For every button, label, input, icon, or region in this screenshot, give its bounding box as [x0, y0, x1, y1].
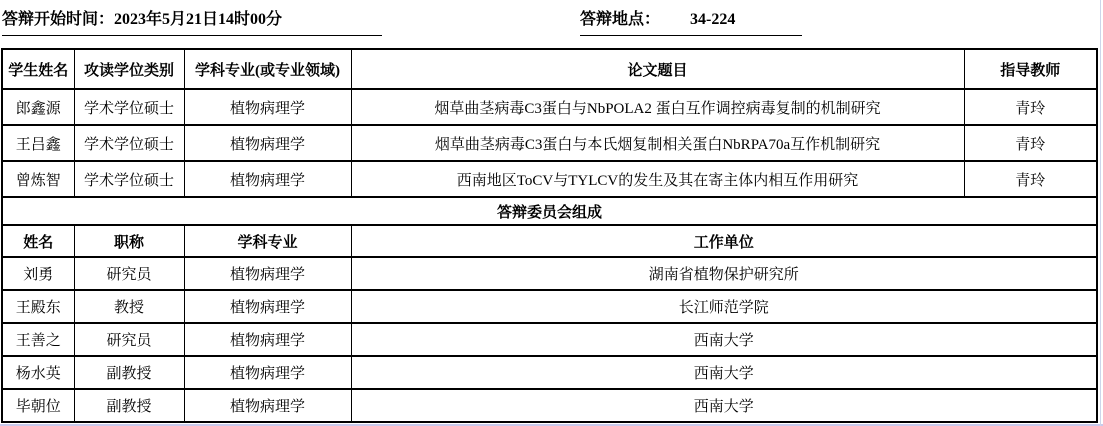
committee-section-title: 答辩委员会组成: [2, 197, 1097, 225]
advisor-name: 青玲: [964, 125, 1097, 161]
col-header-major: 学科专业(或专业领域): [184, 49, 351, 89]
member-name: 王善之: [2, 323, 74, 356]
student-name: 王吕鑫: [2, 125, 74, 161]
document-page: 答辩开始时间：2023年5月21日14时00分 答辩地点：34-224 学生姓名…: [0, 0, 1103, 426]
member-major: 植物病理学: [184, 389, 351, 422]
table-row: 杨水英 副教授 植物病理学 西南大学: [2, 356, 1097, 389]
col-header-member-name: 姓名: [2, 225, 74, 257]
student-major: 植物病理学: [184, 89, 351, 125]
table-row: 刘勇 研究员 植物病理学 湖南省植物保护研究所: [2, 257, 1097, 290]
member-title: 教授: [74, 290, 184, 323]
table-row: 郎鑫源 学术学位硕士 植物病理学 烟草曲茎病毒C3蛋白与NbPOLA2 蛋白互作…: [2, 89, 1097, 125]
member-name: 杨水英: [2, 356, 74, 389]
member-major: 植物病理学: [184, 290, 351, 323]
col-header-advisor: 指导教师: [964, 49, 1097, 89]
member-name: 刘勇: [2, 257, 74, 290]
student-major: 植物病理学: [184, 161, 351, 197]
degree-type: 学术学位硕士: [74, 89, 184, 125]
member-title: 研究员: [74, 257, 184, 290]
member-title: 研究员: [74, 323, 184, 356]
table-row: 王善之 研究员 植物病理学 西南大学: [2, 323, 1097, 356]
table-row: 曾炼智 学术学位硕士 植物病理学 西南地区ToCV与TYLCV的发生及其在寄主体…: [2, 161, 1097, 197]
thesis-title: 烟草曲茎病毒C3蛋白与NbPOLA2 蛋白互作调控病毒复制的机制研究: [351, 89, 964, 125]
degree-type: 学术学位硕士: [74, 161, 184, 197]
col-header-degree-type: 攻读学位类别: [74, 49, 184, 89]
member-work-unit: 西南大学: [351, 389, 1097, 422]
col-header-work-unit: 工作单位: [351, 225, 1097, 257]
defense-time-value: 2023年5月21日14时00分: [114, 11, 282, 28]
defense-schedule-table: 学生姓名 攻读学位类别 学科专业(或专业领域) 论文题目 指导教师 郎鑫源 学术…: [1, 48, 1098, 423]
defense-location-label: 答辩地点：: [580, 11, 660, 28]
member-major: 植物病理学: [184, 356, 351, 389]
member-name: 王殿东: [2, 290, 74, 323]
member-major: 植物病理学: [184, 323, 351, 356]
member-work-unit: 西南大学: [351, 356, 1097, 389]
gridline-artifact-right: [1100, 0, 1101, 426]
col-header-thesis-title: 论文题目: [351, 49, 964, 89]
member-work-unit: 长江师范学院: [351, 290, 1097, 323]
advisor-name: 青玲: [964, 89, 1097, 125]
col-header-member-title: 职称: [74, 225, 184, 257]
defense-location: 答辩地点：34-224: [580, 6, 802, 36]
student-major: 植物病理学: [184, 125, 351, 161]
member-work-unit: 西南大学: [351, 323, 1097, 356]
advisor-name: 青玲: [964, 161, 1097, 197]
member-work-unit: 湖南省植物保护研究所: [351, 257, 1097, 290]
degree-type: 学术学位硕士: [74, 125, 184, 161]
thesis-title: 西南地区ToCV与TYLCV的发生及其在寄主体内相互作用研究: [351, 161, 964, 197]
table-row: 毕朝位 副教授 植物病理学 西南大学: [2, 389, 1097, 422]
member-major: 植物病理学: [184, 257, 351, 290]
thesis-title: 烟草曲茎病毒C3蛋白与本氏烟复制相关蛋白NbRPA70a互作机制研究: [351, 125, 964, 161]
committee-header-row: 姓名 职称 学科专业 工作单位: [2, 225, 1097, 257]
student-name: 郎鑫源: [2, 89, 74, 125]
member-name: 毕朝位: [2, 389, 74, 422]
students-header-row: 学生姓名 攻读学位类别 学科专业(或专业领域) 论文题目 指导教师: [2, 49, 1097, 89]
col-header-member-major: 学科专业: [184, 225, 351, 257]
defense-location-value: 34-224: [690, 11, 735, 28]
col-header-student-name: 学生姓名: [2, 49, 74, 89]
student-name: 曾炼智: [2, 161, 74, 197]
table-row: 王殿东 教授 植物病理学 长江师范学院: [2, 290, 1097, 323]
defense-time: 答辩开始时间：2023年5月21日14时00分: [2, 6, 382, 36]
member-title: 副教授: [74, 356, 184, 389]
table-row: 王吕鑫 学术学位硕士 植物病理学 烟草曲茎病毒C3蛋白与本氏烟复制相关蛋白NbR…: [2, 125, 1097, 161]
defense-time-label: 答辩开始时间：: [2, 11, 114, 28]
committee-section-row: 答辩委员会组成: [2, 197, 1097, 225]
header-info: 答辩开始时间：2023年5月21日14时00分 答辩地点：34-224: [0, 6, 1103, 36]
member-title: 副教授: [74, 389, 184, 422]
